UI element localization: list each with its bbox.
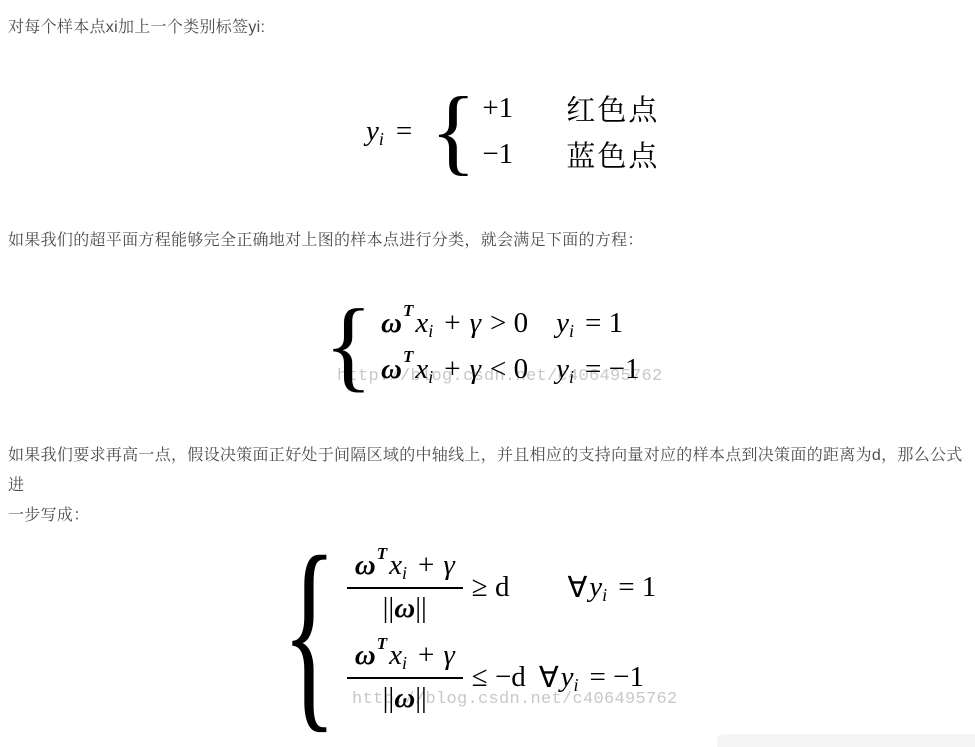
relation: ≤ −d (472, 661, 526, 694)
case-label: 蓝色点 (566, 134, 659, 175)
formula-class-label: y i = { +1 红色点 −1 蓝色点 (366, 84, 659, 178)
case-row-negative: ω T x i + γ < 0 y i = −1 (381, 346, 640, 392)
bottom-edge-artifact (717, 734, 975, 747)
constraint-row-positive: ω T x i + γ || ω || ≥ d ∀ (347, 549, 657, 625)
equals-sign: = (396, 115, 412, 148)
condition-relation: = 1 (585, 307, 623, 340)
paragraph-label-intro: 对每个样本点xi加上一个类别标签yi: (8, 13, 265, 43)
case-value: +1 (482, 92, 532, 125)
math-sub-i: i (402, 653, 407, 674)
fraction-numerator: ω T x i + γ (347, 549, 463, 589)
case-row-red: +1 红色点 (482, 85, 659, 131)
relation: < 0 (490, 353, 528, 386)
fraction-numerator: ω T x i + γ (347, 639, 463, 679)
math-sub-i: i (569, 367, 574, 388)
math-sup-T: T (403, 347, 413, 367)
plus-sign: + (418, 639, 434, 672)
formula-classification-condition: { ω T x i + γ > 0 y i = 1 ω T x i + γ (324, 296, 640, 396)
math-sub-i: i (602, 585, 607, 606)
relation: ≥ d (472, 571, 510, 604)
plus-sign: + (418, 549, 434, 582)
left-brace: { (324, 296, 373, 396)
constraint-row-negative: ω T x i + γ || ω || ≤ −d ∀ (347, 639, 657, 715)
math-var-x: x (415, 353, 428, 386)
formula2-cases: ω T x i + γ > 0 y i = 1 ω T x i + γ < 0 (381, 300, 640, 392)
math-var-y: y (556, 307, 569, 340)
math-omega: ω (394, 682, 415, 715)
norm-bars: || (415, 682, 427, 715)
math-gamma: γ (443, 549, 454, 582)
paragraph-line: 如果我们要求再高一点，假设决策面正好处于间隔区域的中轴线上，并且相应的支持向量对… (8, 441, 970, 501)
math-omega: ω (355, 639, 376, 672)
case-row-blue: −1 蓝色点 (482, 131, 659, 177)
math-gamma: γ (443, 639, 454, 672)
norm-bars: || (383, 592, 395, 625)
math-var-y: y (366, 115, 379, 148)
math-omega: ω (394, 592, 415, 625)
case-value: −1 (482, 138, 532, 171)
math-gamma: γ (470, 307, 481, 340)
condition: ∀ y i = 1 (567, 570, 656, 605)
fraction-denominator: || ω || (383, 589, 427, 625)
math-sub-i: i (379, 129, 384, 150)
formula3-cases: ω T x i + γ || ω || ≥ d ∀ (347, 542, 657, 722)
math-sup-T: T (377, 634, 387, 654)
left-brace: { (282, 525, 337, 739)
condition-relation: = −1 (590, 661, 644, 694)
relation: > 0 (490, 307, 528, 340)
formula-margin-constraints: { ω T x i + γ || ω || (282, 526, 656, 738)
math-sub-i: i (574, 675, 579, 696)
condition: ∀ y i = −1 (539, 660, 644, 695)
condition-relation: = 1 (618, 571, 656, 604)
formula1-lhs: y i = (366, 115, 422, 148)
math-var-y: y (556, 353, 569, 386)
math-var-y: y (589, 571, 602, 604)
math-omega: ω (381, 307, 402, 340)
plus-sign: + (444, 307, 460, 340)
norm-bars: || (415, 592, 427, 625)
paragraph-hyperplane: 如果我们的超平面方程能够完全正确地对上图的样本点进行分类，就会满足下面的方程： (8, 226, 644, 256)
math-sup-T: T (403, 301, 413, 321)
math-var-x: x (389, 639, 402, 672)
math-sub-i: i (428, 321, 433, 342)
fraction: ω T x i + γ || ω || (347, 549, 463, 625)
forall-symbol: ∀ (539, 660, 559, 695)
fraction: ω T x i + γ || ω || (347, 639, 463, 715)
math-gamma: γ (470, 353, 481, 386)
math-sub-i: i (402, 563, 407, 584)
math-omega: ω (355, 549, 376, 582)
paragraph-margin-distance: 如果我们要求再高一点，假设决策面正好处于间隔区域的中轴线上，并且相应的支持向量对… (8, 441, 970, 531)
math-omega: ω (381, 353, 402, 386)
formula1-cases: +1 红色点 −1 蓝色点 (482, 85, 659, 177)
case-label: 红色点 (566, 88, 659, 129)
case-row-positive: ω T x i + γ > 0 y i = 1 (381, 300, 640, 346)
math-sup-T: T (377, 544, 387, 564)
plus-sign: + (444, 353, 460, 386)
left-brace: { (430, 84, 476, 178)
forall-symbol: ∀ (567, 570, 587, 605)
math-sub-i: i (428, 367, 433, 388)
fraction-denominator: || ω || (383, 679, 427, 715)
condition-relation: = −1 (585, 353, 639, 386)
article-page: 对每个样本点xi加上一个类别标签yi: y i = { +1 红色点 −1 蓝色… (0, 0, 975, 747)
math-sub-i: i (569, 321, 574, 342)
math-var-y: y (561, 661, 574, 694)
math-var-x: x (415, 307, 428, 340)
norm-bars: || (383, 682, 395, 715)
math-var-x: x (389, 549, 402, 582)
